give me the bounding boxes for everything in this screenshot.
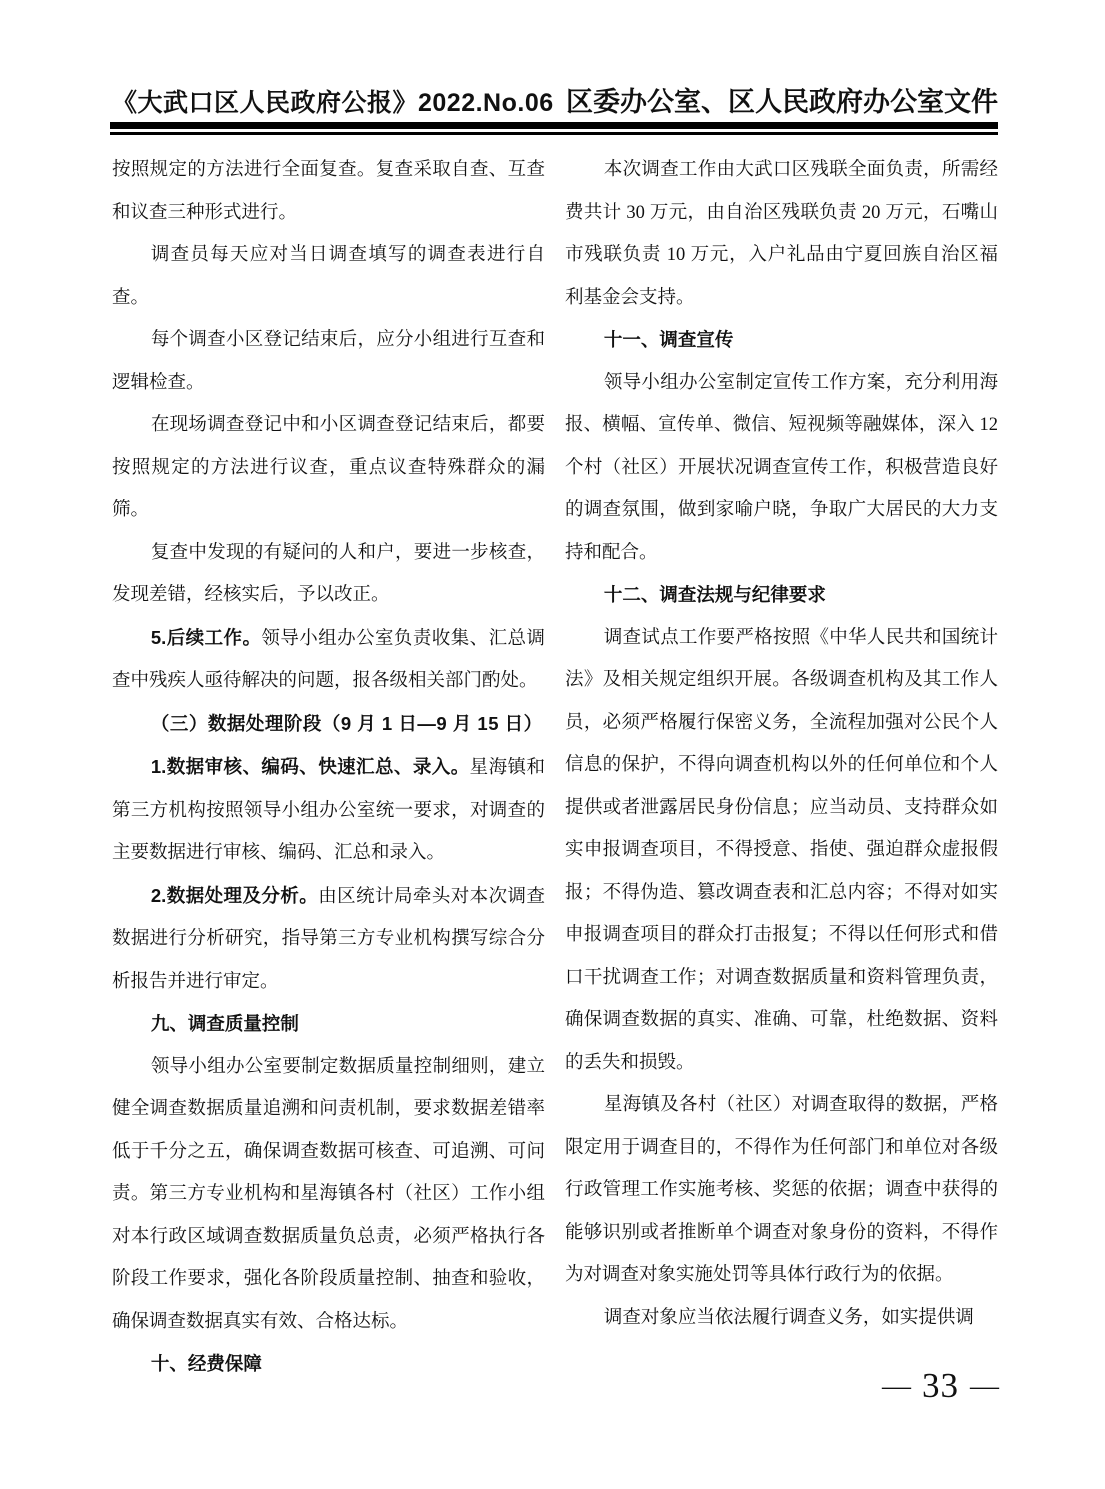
body-paragraph: 星海镇及各村（社区）对调查取得的数据，严格限定用于调查目的，不得作为任何部门和单… xyxy=(565,1084,998,1297)
text-run: 复查中发现的有疑问的人和户，要进一步核查，发现差错，经核实后，予以改正。 xyxy=(112,543,545,606)
text-run: 调查员每天应对当日调查填写的调查表进行自查。 xyxy=(112,245,545,308)
text-run: 星海镇及各村（社区）对调查取得的数据，严格限定用于调查目的，不得作为任何部门和单… xyxy=(565,1095,998,1285)
bold-text-run: 十一、调查宣传 xyxy=(604,329,734,350)
body-paragraph: 本次调查工作由大武口区残联全面负责，所需经费共计 30 万元，由自治区残联负责 … xyxy=(565,149,998,319)
section-heading-10: 十、经费保障 xyxy=(112,1343,545,1386)
body-paragraph: 2.数据处理及分析。由区统计局牵头对本次调查数据进行分析研究，指导第三方专业机构… xyxy=(112,875,545,1004)
bold-text-run: 2.数据处理及分析。 xyxy=(151,885,318,906)
body-paragraph: 5.后续工作。领导小组办公室负责收集、汇总调查中残疾人亟待解决的问题，报各级相关… xyxy=(112,617,545,703)
bold-text-run: 十二、调查法规与纪律要求 xyxy=(604,584,826,605)
body-paragraph: 调查对象应当依法履行调查义务，如实提供调 xyxy=(565,1297,998,1340)
text-run: 在现场调查登记中和小区调查登记结束后，都要按照规定的方法进行议查，重点议查特殊群… xyxy=(112,415,545,520)
text-run: 领导小组办公室要制定数据质量控制细则，建立健全调查数据质量追溯和问责机制，要求数… xyxy=(112,1057,545,1332)
body-paragraph: 复查中发现的有疑问的人和户，要进一步核查，发现差错，经核实后，予以改正。 xyxy=(112,532,545,617)
text-run: 领导小组办公室制定宣传工作方案，充分利用海报、横幅、宣传单、微信、短视频等融媒体… xyxy=(565,373,998,563)
bold-text-run: 十、经费保障 xyxy=(151,1353,262,1374)
gazette-title: 《大武口区人民政府公报》2022.No.06 xyxy=(112,83,554,119)
section-heading-12: 十二、调查法规与纪律要求 xyxy=(565,574,998,617)
page-header: 《大武口区人民政府公报》2022.No.06 区委办公室、区人民政府办公室文件 xyxy=(112,80,998,119)
body-paragraph: 领导小组办公室要制定数据质量控制细则，建立健全调查数据质量追溯和问责机制，要求数… xyxy=(112,1046,545,1344)
body-paragraph: 调查试点工作要严格按照《中华人民共和国统计法》及相关规定组织开展。各级调查机构及… xyxy=(565,617,998,1085)
bold-text-run: 九、调查质量控制 xyxy=(151,1013,299,1034)
page-number-dash-right: — xyxy=(970,1370,999,1403)
text-run: 调查对象应当依法履行调查义务，如实提供调 xyxy=(604,1308,974,1328)
body-paragraph: 领导小组办公室制定宣传工作方案，充分利用海报、横幅、宣传单、微信、短视频等融媒体… xyxy=(565,362,998,575)
text-run: 本次调查工作由大武口区残联全面负责，所需经费共计 30 万元，由自治区残联负责 … xyxy=(565,160,998,308)
body-paragraph: 按照规定的方法进行全面复查。复查采取自查、互查和议查三种形式进行。 xyxy=(112,149,545,234)
subsection-heading-3: （三）数据处理阶段（9 月 1 日—9 月 15 日） xyxy=(112,703,545,747)
body-paragraph: 调查员每天应对当日调查填写的调查表进行自查。 xyxy=(112,234,545,319)
body-paragraph: 在现场调查登记中和小区调查登记结束后，都要按照规定的方法进行议查，重点议查特殊群… xyxy=(112,404,545,532)
section-heading-9: 九、调查质量控制 xyxy=(112,1003,545,1046)
text-run: 调查试点工作要严格按照《中华人民共和国统计法》及相关规定组织开展。各级调查机构及… xyxy=(565,628,998,1073)
body-paragraph: 每个调查小区登记结束后，应分小组进行互查和逻辑检查。 xyxy=(112,319,545,404)
bold-text-run: 5.后续工作。 xyxy=(151,627,262,648)
right-text-column: 本次调查工作由大武口区残联全面负责，所需经费共计 30 万元，由自治区残联负责 … xyxy=(565,149,998,1339)
header-double-rule xyxy=(110,122,998,135)
text-run: 每个调查小区登记结束后，应分小组进行互查和逻辑检查。 xyxy=(112,330,545,393)
text-run: 按照规定的方法进行全面复查。复查采取自查、互查和议查三种形式进行。 xyxy=(112,160,545,223)
section-heading-11: 十一、调查宣传 xyxy=(565,319,998,362)
bold-text-run: 1.数据审核、编码、快速汇总、录入。 xyxy=(151,756,470,777)
doc-category-title: 区委办公室、区人民政府办公室文件 xyxy=(566,80,998,119)
bold-text-run: （三）数据处理阶段（9 月 1 日—9 月 15 日） xyxy=(151,713,543,734)
page-number-dash-left: — xyxy=(882,1370,911,1403)
gazette-page: 《大武口区人民政府公报》2022.No.06 区委办公室、区人民政府办公室文件 … xyxy=(0,0,1105,1489)
page-number: — 33 — xyxy=(882,1366,999,1406)
left-text-column: 按照规定的方法进行全面复查。复查采取自查、互查和议查三种形式进行。调查员每天应对… xyxy=(112,149,545,1386)
body-paragraph: 1.数据审核、编码、快速汇总、录入。星海镇和第三方机构按照领导小组办公室统一要求… xyxy=(112,746,545,875)
page-number-value: 33 xyxy=(922,1366,959,1406)
